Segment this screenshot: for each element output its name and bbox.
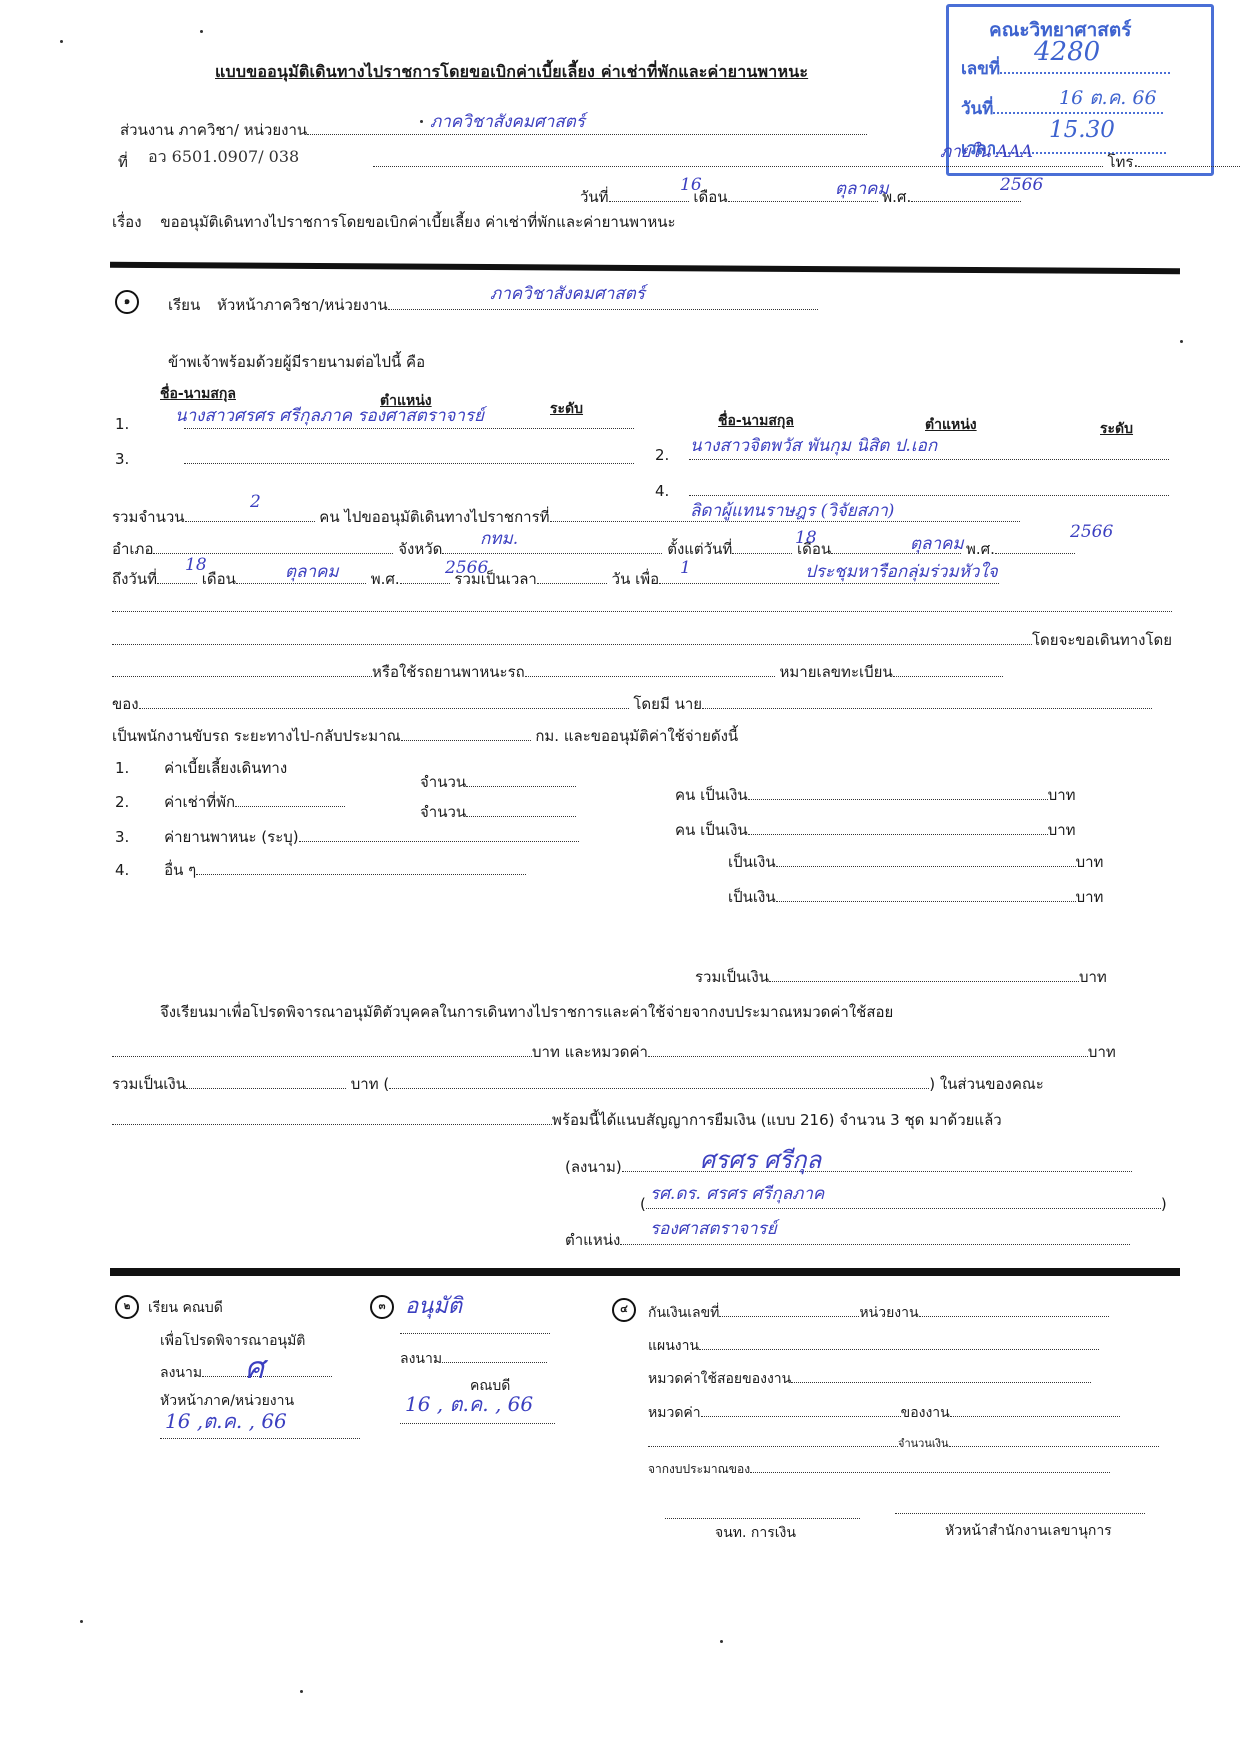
section2-date-value[interactable]: 16 ,ต.ค. , 66 [165,1405,287,1437]
col-name-header-2: ชื่อ-นามสกุล [718,410,794,432]
finance-officer-title: จนท. การเงิน [715,1522,796,1544]
day-label: วันที่ [580,188,609,206]
fund-row: กันเงินเลขที่หน่วยงาน [648,1302,1109,1324]
stamp-date-label: วันที่ [961,99,993,119]
expense-1-count: จำนวน [420,770,576,794]
car-row: หรือใช้รถยานพาหนะรถ หมายเลขทะเบียน [112,660,1003,684]
to-label: เรียน [168,296,200,314]
expense-row-2: 2. ค่าเช่าที่พัก [115,790,345,814]
expense-2-amount: คน เป็นเงินบาท [675,818,1076,842]
ref-label: ที่ [118,153,128,171]
purpose-value[interactable]: ประชุมหารือกลุ่มร่วมหัวใจ [805,558,998,585]
date-row: วันที่ เดือน พ.ศ. [580,185,1021,209]
to-month-value[interactable]: ตุลาคม [285,558,339,585]
item-row: หมวดค่าของงาน [648,1402,1120,1424]
month-value[interactable]: ตุลาคม [835,175,889,202]
purpose-line-2 [112,598,1172,616]
person-row-3: 3. [115,450,634,468]
person-2-value[interactable]: นางสาวจิตพวัส พันกุม นิสิต ป.เอก [690,432,937,459]
unit-label: ส่วนงาน ภาควิชา/ หน่วยงาน [120,121,307,139]
expense-row-3: 3. ค่ายานพาหนะ (ระบุ) [115,825,579,849]
subject-row: เรื่อง ขออนุมัติเดินทางไปราชการโดยขอเบิก… [112,210,676,234]
signer-name-value[interactable]: รศ.ดร. ศรศร ศรีกุลภาค [650,1180,824,1207]
total-value[interactable]: 2 [250,492,261,512]
sum-row: รวมเป็นเงินบาท [695,965,1107,989]
section3-date-value[interactable]: 16 , ต.ค. , 66 [405,1388,533,1420]
scan-speck [200,30,203,33]
section2-signature[interactable]: ศ [245,1345,264,1392]
phone-value[interactable]: ภายใน AAA [940,138,1033,165]
to-year-value[interactable]: 2566 [445,558,488,578]
applicant-signature[interactable]: ศรศร ศรีกุล [700,1140,821,1179]
col-level-header-2: ระดับ [1100,418,1133,440]
amount-row: จำนวนเงิน [648,1434,1159,1452]
from-day-value[interactable]: 18 [795,528,817,548]
expense-row-4: 4. อื่น ๆ [115,858,526,882]
sig1-line [665,1505,860,1523]
form-title: แบบขออนุมัติเดินทางไปราชการโดยขอเบิกค่าเ… [215,60,808,85]
unit-value[interactable]: ภาควิชาสังคมศาสตร์ [430,108,585,135]
scan-speck [80,1620,83,1623]
position-value[interactable]: รองศาสตราจารย์ [650,1215,777,1242]
subject-label: เรื่อง [112,213,142,231]
section3-sign-row: ลงนาม [400,1348,547,1370]
day-value[interactable]: 16 [680,175,702,195]
grand-total-row: รวมเป็นเงิน บาท () ในส่วนของคณะ [112,1072,1044,1096]
request-text: จึงเรียนมาเพื่อโปรดพิจารณาอนุมัติตัวบุคค… [160,1000,893,1024]
section3-decision[interactable]: อนุมัติ [405,1288,462,1323]
plan-row: แผนงาน [648,1335,1099,1357]
attach-row: พร้อมนี้ได้แนบสัญญาการยืมเงิน (แบบ 216) … [112,1108,1002,1132]
section-divider-2 [110,1268,1180,1276]
stamp-number-label: เลขที่ [961,59,1000,79]
subject-value: ขออนุมัติเดินทางไปราชการโดยขอเบิกค่าเบี้… [160,213,675,231]
from-month-value[interactable]: ตุลาคม [910,530,964,557]
expense-1-amount: คน เป็นเงินบาท [675,783,1076,807]
expense-3-amount: เป็นเงินบาท [728,850,1103,874]
year-value[interactable]: 2566 [1000,175,1043,195]
to-text: หัวหน้าภาควิชา/หน่วยงาน [217,296,388,314]
from-year-value[interactable]: 2566 [1070,522,1113,542]
owner-row: ของ โดยมี นาย [112,692,1152,716]
section1-marker: ๑ [115,290,139,314]
expense-row-1: 1. ค่าเบี้ยเลี้ยงเดินทาง [115,756,287,780]
travel-to-value[interactable]: ลิดาผู้แทนราษฎร (วิจัยสภา) [690,497,894,524]
secretary-head-title: หัวหน้าสำนักงานเลขานุการ [945,1520,1112,1542]
section2-to: เรียน คณบดี [148,1297,223,1319]
duration-value[interactable]: 1 [680,558,691,578]
section2-purpose: เพื่อโปรดพิจารณาอนุมัติ [160,1330,305,1352]
phone-label: โทร. [1107,153,1138,171]
sig2-line [895,1500,1145,1518]
section3-marker: ๓ [370,1295,394,1319]
province-value[interactable]: กทม. [480,525,518,552]
budget-row: บาท และหมวดค่าบาท [112,1040,1116,1064]
from-budget-row: จากงบประมาณของ [648,1460,1110,1479]
driver-row: เป็นพนักงานขับรถ ระยะทางไป-กลับประมาณ กม… [112,724,738,748]
scan-speck [60,40,63,43]
section-divider [110,262,1180,275]
to-value[interactable]: ภาควิชาสังคมศาสตร์ [490,280,645,307]
expense-2-count: จำนวน [420,800,576,824]
travel-by-row: โดยจะขอเดินทางโดย [112,628,1172,652]
expense-4-amount: เป็นเงินบาท [728,885,1103,909]
scan-speck [720,1640,723,1643]
sign-row: (ลงนาม) [565,1155,1132,1179]
person-1-value[interactable]: นางสาวศรศร ศรีกุลภาค รองศาสตราจารย์ [175,402,484,429]
stamp-number-value: 4280 [1034,37,1100,67]
section2-marker: ๒ [115,1295,139,1319]
section4-marker: ๔ [612,1298,636,1322]
stamp-time-value: 15.30 [1049,117,1115,143]
stamp-date-value: 16 ต.ค. 66 [1059,83,1157,113]
scan-speck [300,1690,303,1693]
ref-value[interactable]: อว 6501.0907/ 038 [148,145,299,170]
to-day-value[interactable]: 18 [185,555,207,575]
intro-text: ข้าพเจ้าพร้อมด้วยผู้มีรายนามต่อไปนี้ คือ [168,350,425,374]
category-row: หมวดค่าใช้สอยของงาน [648,1368,1091,1390]
scan-speck [1180,340,1183,343]
